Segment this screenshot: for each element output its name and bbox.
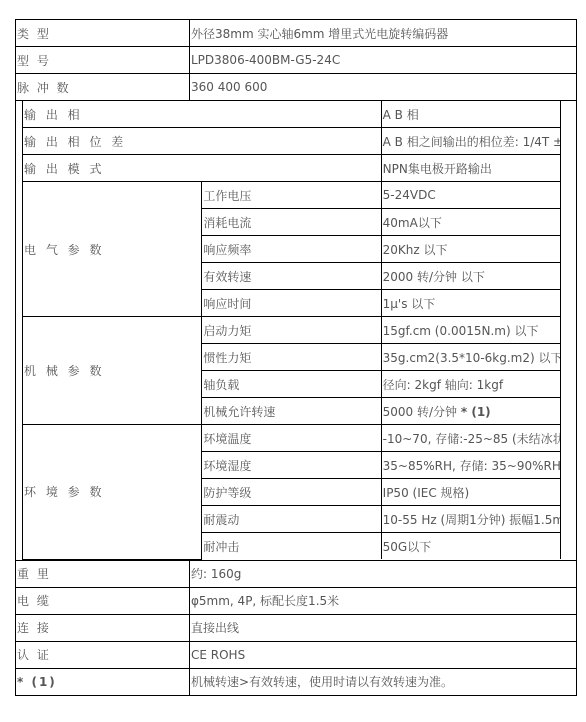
row-value: NPN集电极开路输出 bbox=[381, 155, 560, 182]
nested-spec-table: 输 出 相 A B 相 输 出 相 位 差 A B 相之间输出的相位差: 1/4… bbox=[22, 101, 561, 560]
footnote-text: 机械转速>有效转速，使用时请以有效转速为准。 bbox=[190, 668, 577, 695]
row-label: 类 型 bbox=[16, 20, 190, 47]
table-row: 输 出 相 A B 相 bbox=[23, 101, 561, 128]
sub-label: 耐冲击 bbox=[202, 533, 381, 560]
sub-value: 50G以下 bbox=[381, 533, 560, 560]
sub-value: 35g.cm2(3.5*10-6kg.m2) 以下 bbox=[381, 344, 560, 371]
sub-value: 径向: 2kgf 轴向: 1kgf bbox=[381, 371, 560, 398]
table-row: 型 号 LPD3806-400BM-G5-24C bbox=[16, 47, 577, 74]
nested-section: 输 出 相 A B 相 输 出 相 位 差 A B 相之间输出的相位差: 1/4… bbox=[16, 101, 577, 561]
sub-label: 有效转速 bbox=[202, 263, 381, 290]
sub-value: 40mA以下 bbox=[381, 209, 560, 236]
table-row: 环 境 参 数 环境温度 -10~70, 存储:-25~85 (未结冰状态) bbox=[23, 425, 561, 452]
sub-value: -10~70, 存储:-25~85 (未结冰状态) bbox=[381, 425, 560, 452]
sub-label: 耐震动 bbox=[202, 506, 381, 533]
table-row: 电 气 参 数 工作电压 5-24VDC bbox=[23, 182, 561, 209]
table-row: 脉 冲 数 360 400 600 bbox=[16, 74, 577, 101]
row-value: A B 相 bbox=[381, 101, 560, 128]
row-label: 脉 冲 数 bbox=[16, 74, 190, 101]
sub-label: 响应时间 bbox=[202, 290, 381, 317]
sub-value: 5000 转/分钟 * (1) bbox=[381, 398, 560, 425]
group-label-mechanical: 机 械 参 数 bbox=[23, 317, 202, 425]
row-label: 连 接 bbox=[16, 614, 190, 641]
sub-value: 35~85%RH, 存储: 35~90%RH(未结露状态) bbox=[381, 452, 560, 479]
group-label-electrical: 电 气 参 数 bbox=[23, 182, 202, 317]
row-value: A B 相之间输出的相位差: 1/4T ± 1/8T bbox=[381, 128, 560, 155]
row-value: CE ROHS bbox=[190, 641, 577, 668]
table-row: 机 械 参 数 启动力矩 15gf.cm (0.0015N.m) 以下 bbox=[23, 317, 561, 344]
row-label: 重 里 bbox=[16, 560, 190, 587]
row-value: 直接出线 bbox=[190, 614, 577, 641]
footnote-ref: * (1) bbox=[461, 405, 491, 419]
value-text: 5000 转/分钟 bbox=[383, 405, 461, 419]
row-label: 输 出 相 bbox=[23, 101, 382, 128]
sub-label: 轴负载 bbox=[202, 371, 381, 398]
row-value: LPD3806-400BM-G5-24C bbox=[190, 47, 577, 74]
sub-value: 1μ's 以下 bbox=[381, 290, 560, 317]
sub-value: 2000 转/分钟 以下 bbox=[381, 263, 560, 290]
footnote-label: * (1) bbox=[16, 668, 190, 695]
sub-label: 惯性力矩 bbox=[202, 344, 381, 371]
row-label: 认 证 bbox=[16, 641, 190, 668]
table-row: 连 接 直接出线 bbox=[16, 614, 577, 641]
row-label: 型 号 bbox=[16, 47, 190, 74]
sub-value: IP50 (IEC 规格) bbox=[381, 479, 560, 506]
sub-label: 工作电压 bbox=[202, 182, 381, 209]
nested-table-container: 输 出 相 A B 相 输 出 相 位 差 A B 相之间输出的相位差: 1/4… bbox=[16, 101, 577, 561]
sub-label: 机械允许转速 bbox=[202, 398, 381, 425]
row-value: 360 400 600 bbox=[190, 74, 577, 101]
sub-value: 10-55 Hz (周期1分钟) 振幅1.5mm X,Y, Z各方向2小时 bbox=[381, 506, 560, 533]
table-row: 类 型 外径38mm 实心轴6mm 增里式光电旋转编码器 bbox=[16, 20, 577, 47]
table-row: 重 里 约: 160g bbox=[16, 560, 577, 587]
sub-value: 20Khz 以下 bbox=[381, 236, 560, 263]
row-value: 外径38mm 实心轴6mm 增里式光电旋转编码器 bbox=[190, 20, 577, 47]
table-row: 认 证 CE ROHS bbox=[16, 641, 577, 668]
row-label: 电 缆 bbox=[16, 587, 190, 614]
spec-table: 类 型 外径38mm 实心轴6mm 增里式光电旋转编码器 型 号 LPD3806… bbox=[15, 19, 577, 696]
sub-label: 环境温度 bbox=[202, 425, 381, 452]
sub-label: 消耗电流 bbox=[202, 209, 381, 236]
table-row: * (1) 机械转速>有效转速，使用时请以有效转速为准。 bbox=[16, 668, 577, 695]
sub-value: 15gf.cm (0.0015N.m) 以下 bbox=[381, 317, 560, 344]
sub-label: 响应频率 bbox=[202, 236, 381, 263]
table-row: 输 出 模 式 NPN集电极开路输出 bbox=[23, 155, 561, 182]
row-value: φ5mm, 4P, 标配长度1.5米 bbox=[190, 587, 577, 614]
table-row: 输 出 相 位 差 A B 相之间输出的相位差: 1/4T ± 1/8T bbox=[23, 128, 561, 155]
table-row: 电 缆 φ5mm, 4P, 标配长度1.5米 bbox=[16, 587, 577, 614]
group-label-environment: 环 境 参 数 bbox=[23, 425, 202, 560]
row-label: 输 出 相 位 差 bbox=[23, 128, 382, 155]
sub-label: 启动力矩 bbox=[202, 317, 381, 344]
row-value: 约: 160g bbox=[190, 560, 577, 587]
row-label: 输 出 模 式 bbox=[23, 155, 382, 182]
sub-label: 环境湿度 bbox=[202, 452, 381, 479]
sub-label: 防护等级 bbox=[202, 479, 381, 506]
sub-value: 5-24VDC bbox=[381, 182, 560, 209]
